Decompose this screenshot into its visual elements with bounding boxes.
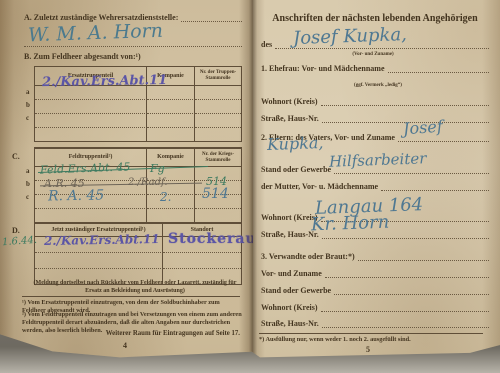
strasse3-label: Straße, Haus-Nr. bbox=[261, 319, 319, 328]
dotted-rule bbox=[334, 171, 489, 174]
book-gutter bbox=[239, 0, 265, 373]
table-cell bbox=[163, 253, 241, 269]
section-c-letter: C. bbox=[12, 152, 20, 161]
table-cell bbox=[35, 253, 163, 269]
section-b-letter: B. bbox=[24, 52, 31, 61]
section-a-letter: A. bbox=[24, 13, 32, 22]
des-sub-label: (Vor- und Zuname) bbox=[313, 52, 433, 57]
table-cell bbox=[35, 209, 147, 222]
entry-jetzt-ersatztruppenteil: 2./Kav.Ers.Abt.11 bbox=[44, 232, 160, 248]
strasse1-label: Straße, Haus-Nr. bbox=[261, 114, 319, 123]
dotted-rule bbox=[325, 275, 489, 278]
row-label-b: b bbox=[26, 180, 30, 188]
page-number-left: 4 bbox=[0, 341, 250, 350]
dotted-rule bbox=[388, 70, 490, 73]
table-cell bbox=[147, 114, 195, 128]
table-cell bbox=[147, 128, 195, 141]
wohnort3-label: Wohnort (Kreis) bbox=[261, 303, 318, 312]
wohnort2-label: Wohnort (Kreis) bbox=[261, 213, 318, 222]
continuation-note: Weiterer Raum für Eintragungen auf Seite… bbox=[100, 330, 240, 337]
meldung-note: (Meldung dortselbst nach Rückkehr vom Fe… bbox=[30, 280, 240, 296]
entry-parents-district: Kr. Horn bbox=[311, 212, 390, 236]
table-cell bbox=[195, 128, 241, 141]
table-cell bbox=[195, 100, 241, 114]
row-label-c: c bbox=[26, 193, 29, 201]
table-cell bbox=[147, 209, 195, 222]
page-number-right: 5 bbox=[253, 345, 483, 354]
dotted-rule bbox=[398, 139, 489, 142]
table-cell bbox=[147, 100, 195, 114]
dotted-rule bbox=[358, 258, 489, 261]
entry-ersatztruppenteil: 2./Kav.Ers.Abt.11 bbox=[42, 73, 167, 90]
dotted-rule bbox=[321, 103, 489, 106]
page-right: Anschriften der nächsten lebenden Angehö… bbox=[253, 0, 500, 373]
item1-sub-label: (ggf. Vermerk „ledig“) bbox=[323, 83, 433, 88]
item3-verwandte-label: 3. Verwandte oder Braut:*) bbox=[261, 252, 355, 261]
entry-feldtruppenteil: R. A. 45 bbox=[48, 188, 105, 205]
row-label-a: a bbox=[26, 88, 30, 96]
dotted-rule bbox=[334, 292, 489, 295]
item1-ehefrau-label: 1. Ehefrau: Vor- und Mädchenname bbox=[261, 64, 385, 73]
margin-note-date: 1.6.44. bbox=[2, 235, 38, 248]
photo-background: A. Zuletzt zuständige Wehrersatzdienstst… bbox=[0, 0, 500, 373]
footnote-divider bbox=[22, 296, 240, 297]
entry-stammrolle-nr: 514 bbox=[202, 186, 229, 202]
row-label-c: c bbox=[26, 114, 29, 122]
entry-name-owner: Josef Kupka, bbox=[293, 24, 408, 49]
table-cell bbox=[195, 86, 241, 100]
mutter-label: der Mutter, Vor- u. Mädchenname bbox=[261, 182, 378, 191]
entry-father-surname: Kupka, bbox=[267, 133, 324, 154]
dotted-rule bbox=[322, 325, 489, 328]
column-header: Nr. der Kriegs-Stammrolle bbox=[195, 149, 241, 166]
dotted-rule bbox=[24, 45, 242, 47]
section-d-letter: D. bbox=[12, 226, 20, 235]
entry-father-firstname: Josef bbox=[402, 117, 443, 139]
dotted-rule bbox=[322, 236, 489, 239]
wohnort1-label: Wohnort (Kreis) bbox=[261, 97, 318, 106]
table-cell bbox=[35, 100, 147, 114]
footnote-right: *) Ausfüllung nur, wenn weder 1. noch 2.… bbox=[259, 333, 483, 343]
table-cell bbox=[195, 209, 241, 222]
entry-father-occupation: Hilfsarbeiter bbox=[329, 149, 427, 170]
dotted-rule bbox=[181, 19, 242, 22]
section-b-heading: Zum Feldheer abgesandt von:¹) bbox=[33, 52, 140, 61]
dotted-rule bbox=[321, 309, 489, 312]
row-label-b: b bbox=[26, 101, 30, 109]
table-cell bbox=[35, 128, 147, 141]
column-header: Nr. der Truppen-Stammrolle bbox=[195, 67, 241, 85]
dotted-rule bbox=[381, 188, 489, 191]
strasse2-label: Straße, Haus-Nr. bbox=[261, 230, 319, 239]
stand2-label: Stand oder Gewerbe bbox=[261, 165, 331, 174]
vorname3-label: Vor- und Zuname bbox=[261, 269, 322, 278]
stand3-label: Stand oder Gewerbe bbox=[261, 286, 331, 295]
soldbuch-spread: A. Zuletzt zuständige Wehrersatzdienstst… bbox=[0, 0, 500, 373]
page-title: Anschriften der nächsten lebenden Angehö… bbox=[261, 13, 489, 24]
row-label-a: a bbox=[26, 167, 30, 175]
entry-wehrersatzdienststelle: W. M. A. Horn bbox=[28, 20, 164, 47]
entry-kompanie: 2. bbox=[160, 190, 171, 204]
table-cell bbox=[35, 114, 147, 128]
page-left: A. Zuletzt zuständige Wehrersatzdienstst… bbox=[0, 0, 253, 373]
table-cell bbox=[195, 114, 241, 128]
